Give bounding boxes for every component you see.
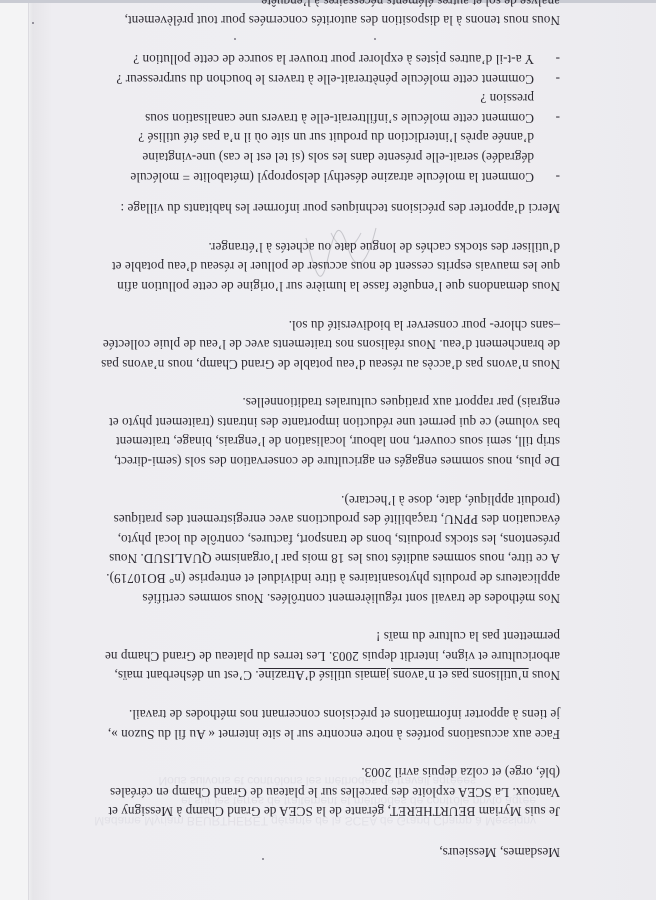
scan-bed-edge xyxy=(0,0,29,900)
scanned-letter-rotated: Madame Myriam BEURTHERET gérante de la S… xyxy=(0,0,656,900)
question-item: Comment cette molécule pénètrerait-elle … xyxy=(98,69,560,89)
atrazine-underlined-claim: n’utilisons pas et n’avons jamais utilis… xyxy=(259,668,529,683)
paragraph-conservation: De plus, nous sommes engagés en agricult… xyxy=(98,393,560,471)
scan-speck xyxy=(234,38,236,40)
scan-speck xyxy=(374,38,376,40)
scan-speck xyxy=(32,22,34,24)
paragraph-water: Nous n’avons pas d’accès au réseau d’eau… xyxy=(98,315,560,374)
questions-list: Comment la molécule atrazine désethyl de… xyxy=(98,49,560,186)
paragraph-methods: Nos méthodes de travail sont régulièreme… xyxy=(98,490,560,608)
scan-speck xyxy=(262,858,264,860)
paragraph-intro: Je suis Myriam BEURTHERET, gérante de la… xyxy=(98,763,560,822)
paragraph-accusations: Face aux accusations portées à notre enc… xyxy=(98,704,560,743)
question-item: Comment la molécule atrazine désethyl de… xyxy=(98,128,560,187)
signature-icon xyxy=(296,218,386,278)
paragraph-atrazine: Nous n’utilisons pas et n’avons jamais u… xyxy=(98,627,560,686)
letter-body: Mesdames, Messieurs, Je suis Myriam BEUR… xyxy=(98,0,560,862)
question-item: Y a-t-il d’autres pistes à explorer pour… xyxy=(98,49,560,69)
salutation: Mesdames, Messieurs, xyxy=(98,842,560,862)
paragraph-availability: Nous nous tenons à la disposition des au… xyxy=(98,0,560,30)
question-item: Comment cette molécule s’infiltrerait-el… xyxy=(98,89,560,128)
scan-speck xyxy=(436,51,438,53)
atrazine-text-before: Nous xyxy=(529,668,560,683)
paragraph-questions-intro: Merci d’apporter des précisions techniqu… xyxy=(98,199,560,219)
